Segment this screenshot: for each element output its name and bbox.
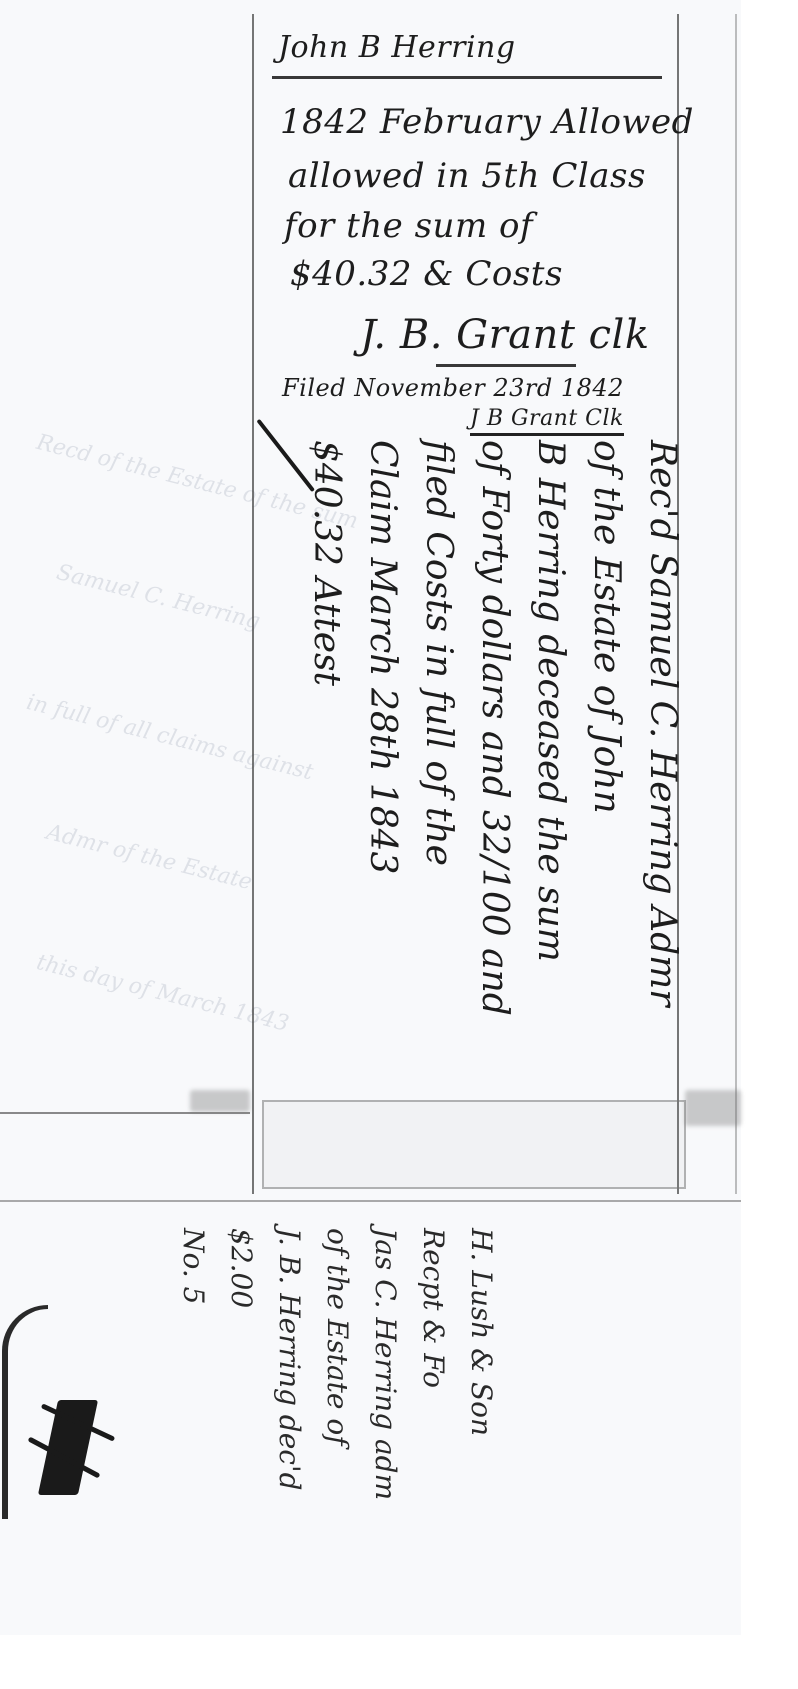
bleed-through-line: in full of all claims against (24, 690, 316, 785)
heading-underline (272, 76, 662, 79)
docket-number: No. 5 (169, 1228, 217, 1500)
rotated-receipt: Rec'd Samuel C. Herring Admr of the Esta… (298, 440, 690, 1016)
amount-line: $40.32 & Costs (290, 254, 563, 294)
scanned-page: Recd of the Estate of the sum Samuel C. … (0, 0, 741, 1689)
docket-line: H. Lush & Son (457, 1228, 505, 1500)
fold-line-left (0, 1112, 250, 1114)
page-edge-rule (735, 14, 737, 1194)
entry-line-1: 1842 February Allowed (280, 102, 694, 142)
ink-smudge (190, 1090, 250, 1112)
receipt-line: of the Estate of John (578, 440, 634, 1016)
filed-date: Filed November 23rd 1842 (282, 374, 624, 402)
signature-underline (436, 364, 576, 367)
bleed-through-line: Admr of the Estate (44, 820, 255, 895)
fold-line-bottom (0, 1200, 741, 1202)
page-bottom-margin (0, 1635, 741, 1689)
bleed-through-line: Samuel C. Herring (54, 560, 263, 635)
receipt-date-line: Claim March 28th 1843 (354, 440, 410, 1016)
left-margin-rule (252, 14, 254, 1194)
receipt-line: filed Costs in full of the (410, 440, 466, 1016)
receipt-line: of Forty dollars and 32/100 and (466, 440, 522, 1016)
receipt-line: B Herring deceased the sum (522, 440, 578, 1016)
docket-line: of the Estate of (313, 1228, 361, 1500)
bottom-docket: H. Lush & Son Recpt & Fo Jas C. Herring … (169, 1228, 505, 1500)
clerk-signature: J. B. Grant clk (360, 312, 650, 358)
ink-smudge (685, 1090, 741, 1126)
docket-line: J. B. Herring dec'd (265, 1228, 313, 1500)
entry-line-3: for the sum of (284, 206, 533, 246)
entry-line-2: allowed in 5th Class (288, 156, 646, 196)
receipt-amount-line: $40.32 Attest (298, 440, 354, 1016)
docket-line: Jas C. Herring adm (361, 1228, 409, 1500)
fold-tab (262, 1100, 686, 1189)
filed-clerk-signature: J B Grant Clk (470, 406, 624, 436)
name-heading: John B Herring (278, 30, 516, 65)
receipt-line: Rec'd Samuel C. Herring Admr (634, 440, 690, 1016)
docket-line: Recpt & Fo (409, 1228, 457, 1500)
docket-fee: $2.00 (217, 1228, 265, 1500)
